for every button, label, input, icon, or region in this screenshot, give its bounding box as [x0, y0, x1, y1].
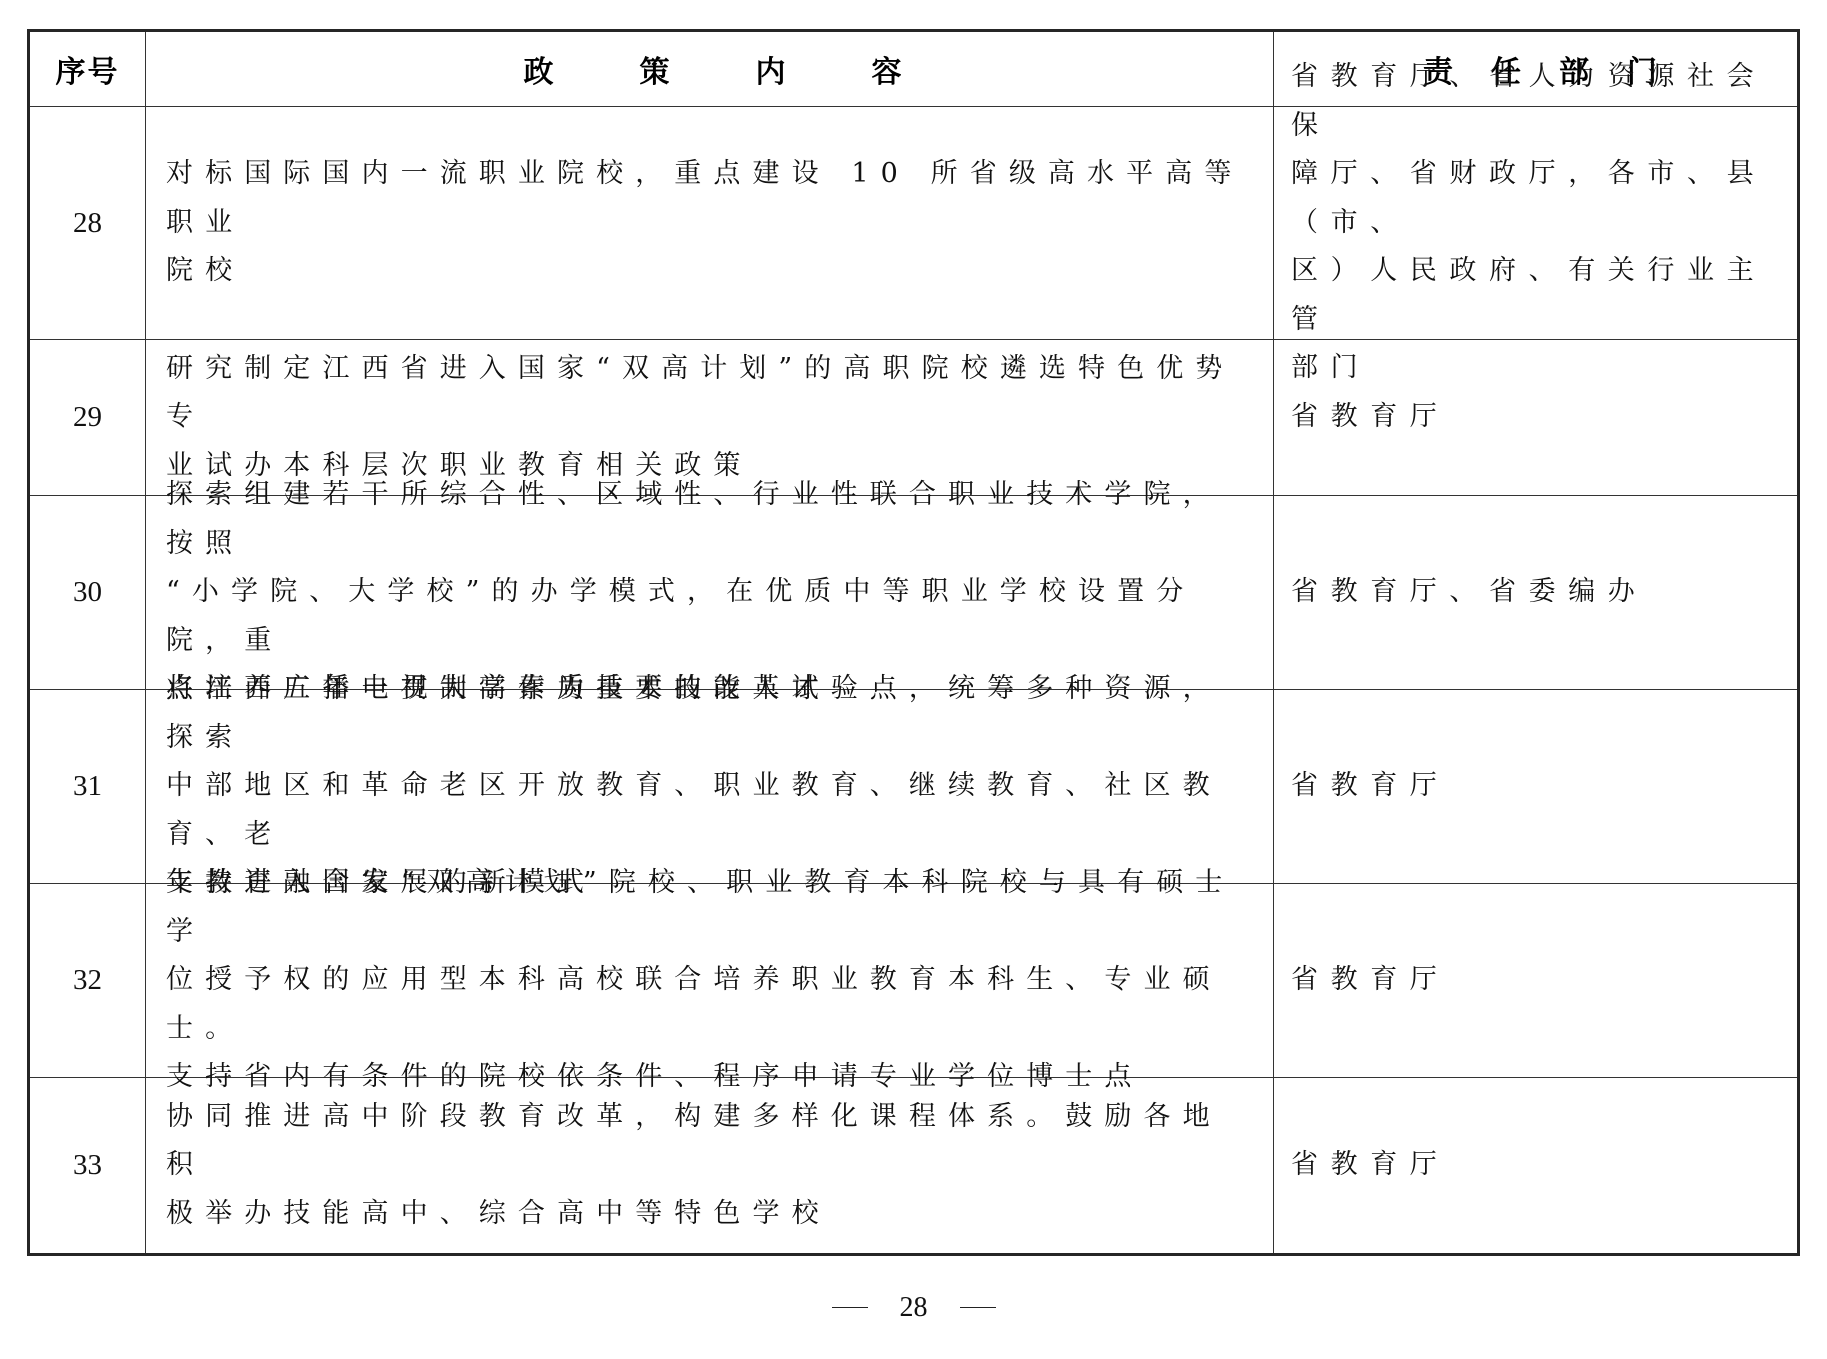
policy-text: 支持进入国家“双高计划”院校、职业教育本科院校与具有硕士学 位授予权的应用型本科… [166, 859, 1259, 1102]
policy-cell: 对标国际国内一流职业院校，重点建设 10 所省级高水平高等职业 院校 [146, 107, 1274, 339]
seq-number: 33 [73, 1149, 102, 1182]
page-footer: 28 [0, 1292, 1827, 1324]
dept-text: 省教育厅 [1291, 393, 1449, 442]
dash-right-icon [960, 1307, 996, 1309]
table-row: 31 将江西广播电视大学作为重要的改革试验点，统筹多种资源，探索 中部地区和革命… [30, 690, 1797, 884]
seq-cell: 29 [30, 340, 146, 495]
dept-text: 省教育厅、省委编办 [1291, 568, 1647, 617]
policy-table: 序号 政策内容 责任部门 28 对标国际国内一流职业院校，重点建设 10 所省级… [27, 29, 1800, 1256]
seq-cell: 32 [30, 884, 146, 1077]
seq-number: 29 [73, 401, 102, 434]
header-policy-label: 政策内容 [524, 47, 988, 91]
dept-text: 省教育厅 [1291, 956, 1449, 1005]
page-number: 28 [900, 1292, 928, 1323]
seq-cell: 30 [30, 496, 146, 689]
dash-left-icon [832, 1307, 868, 1309]
seq-number: 30 [73, 576, 102, 609]
header-seq-label: 序号 [56, 47, 120, 91]
seq-number: 31 [73, 770, 102, 803]
dept-cell: 省教育厅 [1274, 690, 1797, 883]
policy-cell: 将江西广播电视大学作为重要的改革试验点，统筹多种资源，探索 中部地区和革命老区开… [146, 690, 1274, 883]
dept-cell: 省教育厅 [1274, 884, 1797, 1077]
dept-cell: 省教育厅 [1274, 1078, 1797, 1253]
table-row: 32 支持进入国家“双高计划”院校、职业教育本科院校与具有硕士学 位授予权的应用… [30, 884, 1797, 1078]
table-row: 30 探索组建若干所综合性、区域性、行业性联合职业技术学院，按照 “小学院、大学… [30, 496, 1797, 690]
policy-cell: 支持进入国家“双高计划”院校、职业教育本科院校与具有硕士学 位授予权的应用型本科… [146, 884, 1274, 1077]
seq-number: 28 [73, 207, 102, 240]
header-policy: 政策内容 [146, 32, 1274, 106]
seq-number: 32 [73, 964, 102, 997]
header-seq: 序号 [30, 32, 146, 106]
seq-cell: 33 [30, 1078, 146, 1253]
dept-text: 省教育厅 [1291, 1141, 1449, 1190]
policy-cell: 探索组建若干所综合性、区域性、行业性联合职业技术学院，按照 “小学院、大学校”的… [146, 496, 1274, 689]
table-row: 33 协同推进高中阶段教育改革，构建多样化课程体系。鼓励各地积 极举办技能高中、… [30, 1078, 1797, 1253]
dept-text: 省教育厅 [1291, 762, 1449, 811]
policy-text: 协同推进高中阶段教育改革，构建多样化课程体系。鼓励各地积 极举办技能高中、综合高… [166, 1093, 1259, 1239]
dept-cell: 省教育厅 [1274, 340, 1797, 495]
policy-cell: 协同推进高中阶段教育改革，构建多样化课程体系。鼓励各地积 极举办技能高中、综合高… [146, 1078, 1274, 1253]
dept-cell: 省教育厅、省人力资源社会保 障厅、省财政厅，各市、县（市、 区）人民政府、有关行… [1274, 107, 1797, 339]
dept-cell: 省教育厅、省委编办 [1274, 496, 1797, 689]
seq-cell: 28 [30, 107, 146, 339]
policy-text: 对标国际国内一流职业院校，重点建设 10 所省级高水平高等职业 院校 [166, 150, 1259, 296]
table-row: 28 对标国际国内一流职业院校，重点建设 10 所省级高水平高等职业 院校 省教… [30, 107, 1797, 340]
seq-cell: 31 [30, 690, 146, 883]
policy-text: 研究制定江西省进入国家“双高计划”的高职院校遴选特色优势专 业试办本科层次职业教… [166, 345, 1259, 491]
